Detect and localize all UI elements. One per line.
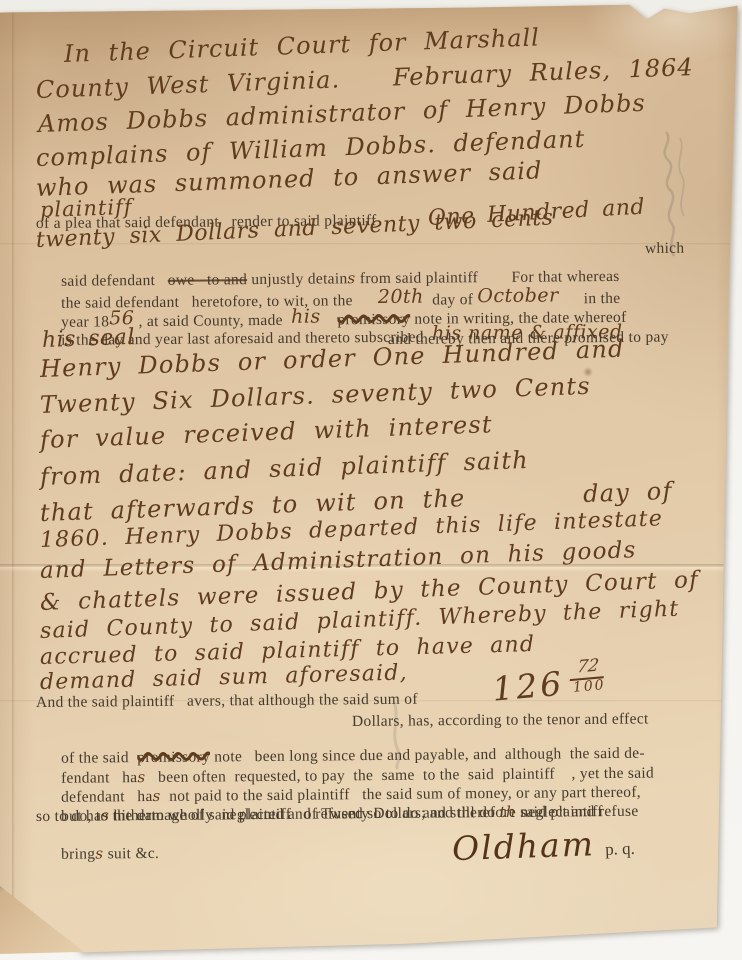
printed-avers-line8: brings suit &c. — [36, 826, 160, 882]
printed-avers-line1: And the said plaintiff avers, that altho… — [36, 691, 418, 712]
hw-promise-line3: for value received with interest — [40, 410, 494, 454]
document-content: In the Circuit Court for Marshall County… — [0, 0, 742, 960]
sum-whole: 126 — [491, 664, 566, 709]
a8-post: suit &c. — [103, 845, 159, 862]
a8-pre: bring — [61, 845, 95, 862]
sum-numerator: 72 — [570, 657, 606, 681]
sum-fraction: 72100 — [570, 657, 607, 695]
printed-which: which — [645, 240, 685, 258]
hw-his-seal: his seal — [42, 325, 136, 353]
sum-denominator: 100 — [572, 678, 607, 696]
scanned-legal-document: In the Circuit Court for Marshall County… — [0, 0, 742, 960]
hw-sum-amount: 12672100 — [490, 657, 607, 709]
signature-row: Oldhamp. q. — [451, 823, 635, 868]
hw-letter-s-5: s — [95, 844, 103, 862]
attorney-signature: Oldham — [451, 824, 595, 868]
signature-suffix: p. q. — [605, 839, 635, 859]
